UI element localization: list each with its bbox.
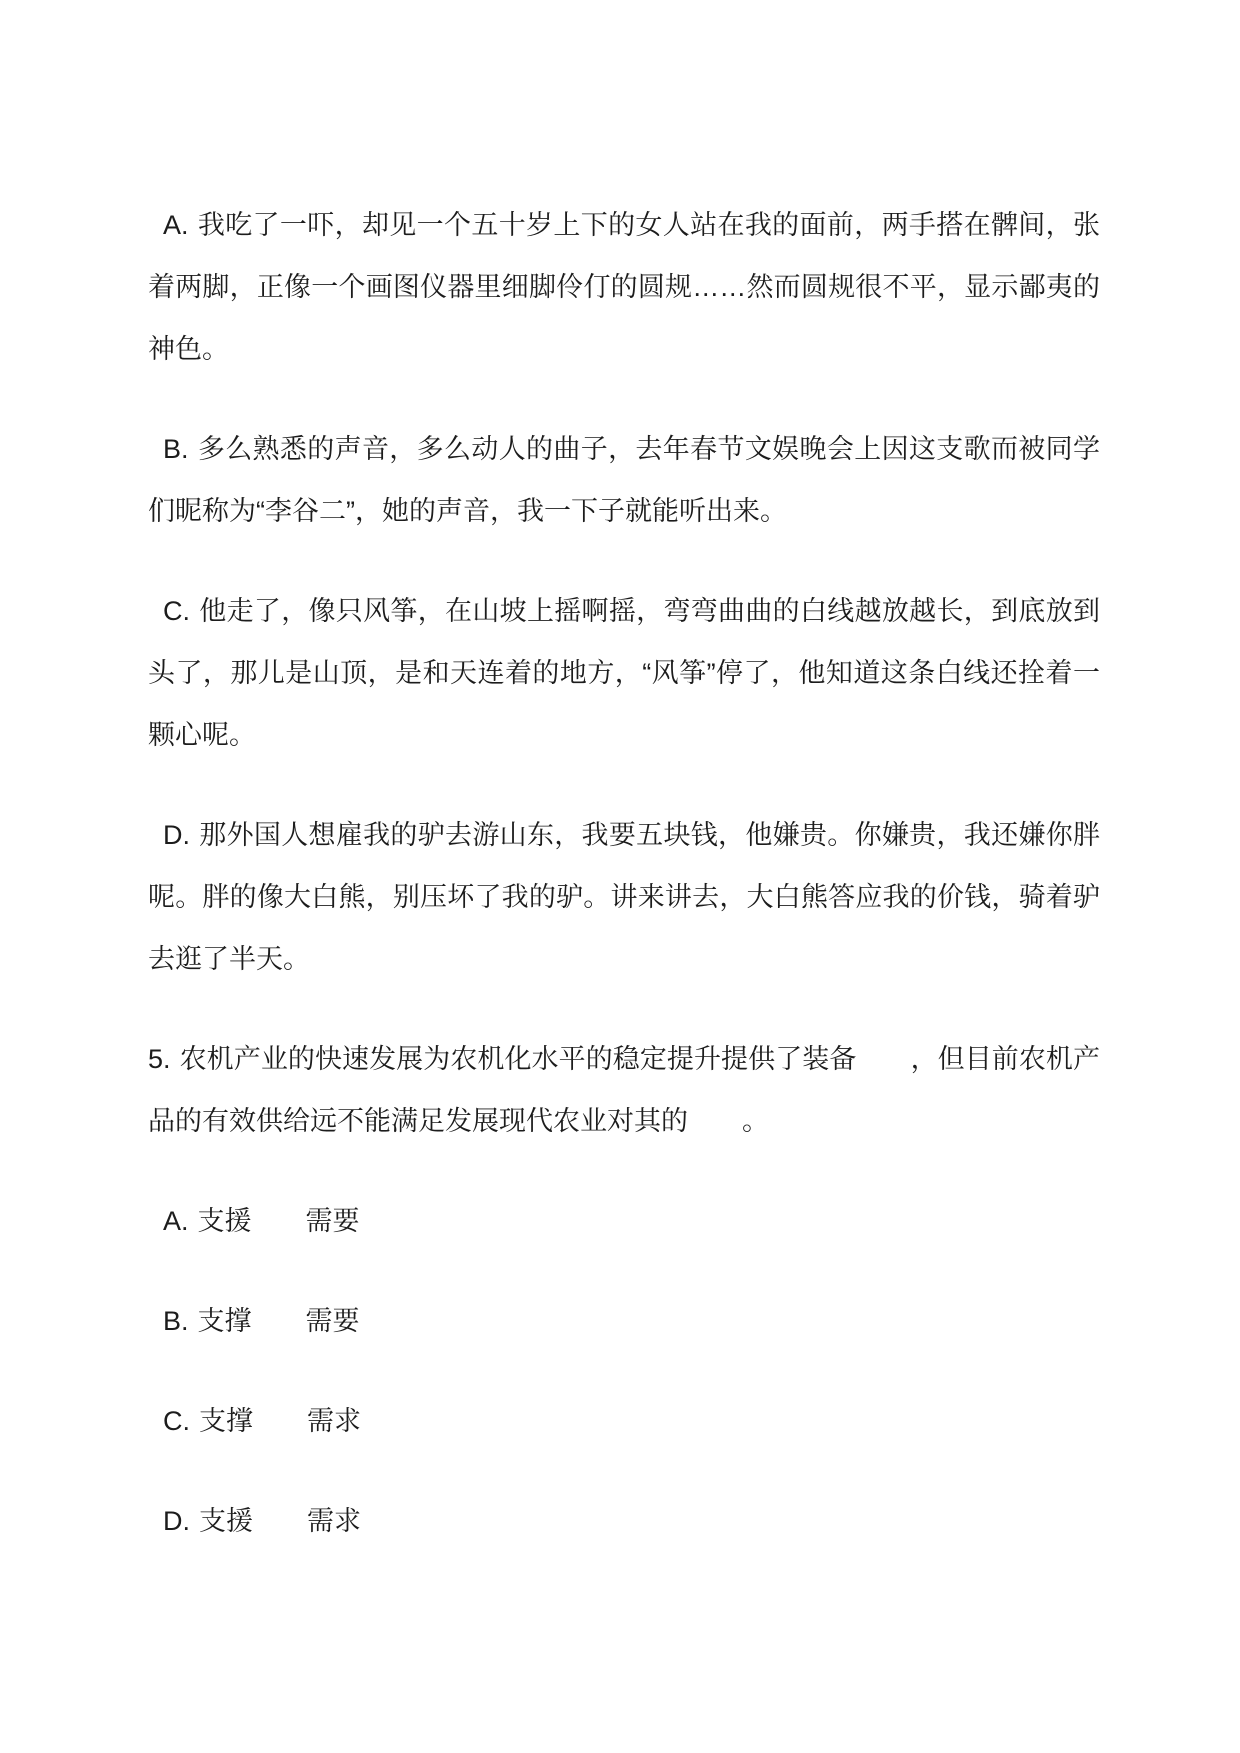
question5-option-b: B.支撑 需要 [148,1290,1100,1352]
question4-option-c-text: 他走了，像只风筝，在山坡上摇啊摇，弯弯曲曲的白线越放越长，到底放到头了，那儿是山… [148,596,1100,750]
question4-option-a: A.我吃了一吓，却见一个五十岁上下的女人站在我的面前，两手搭在髀间，张着两脚，正… [148,194,1100,380]
question4-option-d: D.那外国人想雇我的驴去游山东，我要五块钱，他嫌贵。你嫌贵，我还嫌你胖呢。胖的像… [148,804,1100,990]
question5-option-a: A.支援 需要 [148,1190,1100,1252]
question5-number: 5. [148,1044,171,1074]
question4-option-d-label: D. [163,820,190,850]
question5-option-c: C.支撑 需求 [148,1390,1100,1452]
question4-option-b-label: B. [163,434,189,464]
question5-option-c-text: 支撑 需求 [199,1406,361,1436]
question4-option-c: C.他走了，像只风筝，在山坡上摇啊摇，弯弯曲曲的白线越放越长，到底放到头了，那儿… [148,580,1100,766]
question4-option-b-text: 多么熟悉的声音，多么动人的曲子，去年春节文娱晚会上因这支歌而被同学们昵称为“李谷… [148,434,1100,526]
question5-option-a-text: 支援 需要 [198,1206,360,1236]
question4-option-a-text: 我吃了一吓，却见一个五十岁上下的女人站在我的面前，两手搭在髀间，张着两脚，正像一… [148,210,1100,364]
question5-option-c-label: C. [163,1406,190,1436]
question4-options-section: A.我吃了一吓，却见一个五十岁上下的女人站在我的面前，两手搭在髀间，张着两脚，正… [148,194,1100,990]
question5-option-d-text: 支援 需求 [199,1506,361,1536]
question5-option-a-label: A. [163,1206,189,1236]
question5-option-b-text: 支撑 需要 [198,1306,360,1336]
question5-option-d-label: D. [163,1506,190,1536]
question4-option-d-text: 那外国人想雇我的驴去游山东，我要五块钱，他嫌贵。你嫌贵，我还嫌你胖呢。胖的像大白… [148,820,1100,974]
question5-section: 5.农机产业的快速发展为农机化水平的稳定提升提供了装备 ，但目前农机产品的有效供… [148,1028,1100,1552]
question5-option-b-label: B. [163,1306,189,1336]
question4-option-c-label: C. [163,596,190,626]
question5-option-d: D.支援 需求 [148,1490,1100,1552]
question5-stem: 5.农机产业的快速发展为农机化水平的稳定提升提供了装备 ，但目前农机产品的有效供… [148,1028,1100,1152]
exam-document-page: A.我吃了一吓，却见一个五十岁上下的女人站在我的面前，两手搭在髀间，张着两脚，正… [0,0,1240,1552]
question5-stem-text: 农机产业的快速发展为农机化水平的稳定提升提供了装备 ，但目前农机产品的有效供给远… [148,1044,1100,1136]
question4-option-a-label: A. [163,210,189,240]
question4-option-b: B.多么熟悉的声音，多么动人的曲子，去年春节文娱晚会上因这支歌而被同学们昵称为“… [148,418,1100,542]
